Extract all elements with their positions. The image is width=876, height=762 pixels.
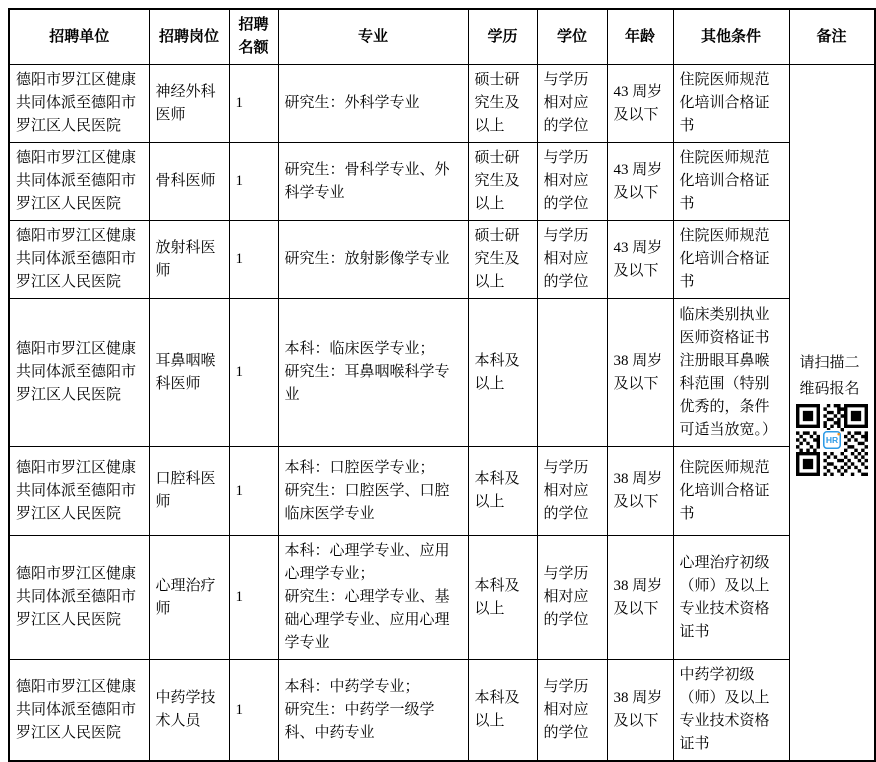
table-row: 德阳市罗江区健康共同体派至德阳市罗江区人民医院 心理治疗师 1 本科：心理学专业… (9, 536, 875, 660)
quota-cell: 1 (229, 447, 278, 536)
unit-cell: 德阳市罗江区健康共同体派至德阳市罗江区人民医院 (9, 65, 149, 143)
major-cell: 研究生：外科学专业 (278, 65, 468, 143)
qr-hr-logo: HR (825, 434, 838, 444)
header-quota: 招聘名额 (229, 9, 278, 65)
age-cell: 38 周岁及以下 (607, 660, 673, 762)
education-cell: 本科及以上 (468, 299, 537, 447)
table-row: 德阳市罗江区健康共同体派至德阳市罗江区人民医院 口腔科医师 1 本科：口腔医学专… (9, 447, 875, 536)
age-cell: 38 周岁及以下 (607, 299, 673, 447)
recruitment-table: 招聘单位 招聘岗位 招聘名额 专业 学历 学位 年龄 其他条件 备注 德阳市罗江… (8, 8, 876, 762)
major-cell: 研究生：骨科学专业、外科学专业 (278, 143, 468, 221)
quota-cell: 1 (229, 65, 278, 143)
table-row: 德阳市罗江区健康共同体派至德阳市罗江区人民医院 耳鼻咽喉科医师 1 本科：临床医… (9, 299, 875, 447)
header-age: 年龄 (607, 9, 673, 65)
unit-cell: 德阳市罗江区健康共同体派至德阳市罗江区人民医院 (9, 143, 149, 221)
major-cell: 本科：中药学专业； 研究生：中药学一级学科、中药专业 (278, 660, 468, 762)
header-position: 招聘岗位 (149, 9, 229, 65)
quota-cell: 1 (229, 221, 278, 299)
qr-finder-center-bl (802, 458, 812, 468)
header-other: 其他条件 (673, 9, 789, 65)
position-cell: 耳鼻咽喉科医师 (149, 299, 229, 447)
unit-cell: 德阳市罗江区健康共同体派至德阳市罗江区人民医院 (9, 536, 149, 660)
degree-cell (537, 299, 607, 447)
education-cell: 本科及以上 (468, 536, 537, 660)
age-cell: 38 周岁及以下 (607, 447, 673, 536)
degree-cell: 与学历相对应的学位 (537, 221, 607, 299)
position-cell: 骨科医师 (149, 143, 229, 221)
remark-content: 请扫描二维码报名 HR (796, 350, 868, 476)
table-row: 德阳市罗江区健康共同体派至德阳市罗江区人民医院 骨科医师 1 研究生：骨科学专业… (9, 143, 875, 221)
position-cell: 心理治疗师 (149, 536, 229, 660)
position-cell: 神经外科医师 (149, 65, 229, 143)
other-cell: 住院医师规范化培训合格证书 (673, 65, 789, 143)
qr-accent-dot (837, 432, 840, 435)
education-cell: 硕士研究生及以上 (468, 143, 537, 221)
unit-cell: 德阳市罗江区健康共同体派至德阳市罗江区人民医院 (9, 447, 149, 536)
degree-cell: 与学历相对应的学位 (537, 536, 607, 660)
unit-cell: 德阳市罗江区健康共同体派至德阳市罗江区人民医院 (9, 299, 149, 447)
age-cell: 43 周岁及以下 (607, 143, 673, 221)
other-cell: 临床类别执业医师资格证书注册眼耳鼻喉科范围（特别优秀的，条件可适当放宽。） (673, 299, 789, 447)
age-cell: 38 周岁及以下 (607, 536, 673, 660)
header-major: 专业 (278, 9, 468, 65)
quota-cell: 1 (229, 299, 278, 447)
table-row: 德阳市罗江区健康共同体派至德阳市罗江区人民医院 神经外科医师 1 研究生：外科学… (9, 65, 875, 143)
major-cell: 本科：心理学专业、应用心理学专业； 研究生：心理学专业、基础心理学专业、应用心理… (278, 536, 468, 660)
degree-cell: 与学历相对应的学位 (537, 447, 607, 536)
qr-finder-center-tr (850, 410, 860, 420)
education-cell: 硕士研究生及以上 (468, 221, 537, 299)
header-remark: 备注 (789, 9, 875, 65)
degree-cell: 与学历相对应的学位 (537, 65, 607, 143)
position-cell: 放射科医师 (149, 221, 229, 299)
position-cell: 口腔科医师 (149, 447, 229, 536)
major-cell: 研究生：放射影像学专业 (278, 221, 468, 299)
position-cell: 中药学技术人员 (149, 660, 229, 762)
header-row: 招聘单位 招聘岗位 招聘名额 专业 学历 学位 年龄 其他条件 备注 (9, 9, 875, 65)
education-cell: 本科及以上 (468, 447, 537, 536)
age-cell: 43 周岁及以下 (607, 65, 673, 143)
unit-cell: 德阳市罗江区健康共同体派至德阳市罗江区人民医院 (9, 660, 149, 762)
major-cell: 本科：临床医学专业； 研究生：耳鼻咽喉科学专业 (278, 299, 468, 447)
qr-code-image: HR (796, 404, 868, 476)
header-unit: 招聘单位 (9, 9, 149, 65)
header-degree: 学位 (537, 9, 607, 65)
degree-cell: 与学历相对应的学位 (537, 143, 607, 221)
age-cell: 43 周岁及以下 (607, 221, 673, 299)
page: 招聘单位 招聘岗位 招聘名额 专业 学历 学位 年龄 其他条件 备注 德阳市罗江… (0, 0, 876, 754)
major-cell: 本科：口腔医学专业； 研究生：口腔医学、口腔临床医学专业 (278, 447, 468, 536)
quota-cell: 1 (229, 143, 278, 221)
header-education: 学历 (468, 9, 537, 65)
other-cell: 住院医师规范化培训合格证书 (673, 447, 789, 536)
quota-cell: 1 (229, 660, 278, 762)
qr-finder-center-tl (802, 410, 812, 420)
remark-cell: 请扫描二维码报名 HR (789, 65, 875, 762)
education-cell: 硕士研究生及以上 (468, 65, 537, 143)
remark-text: 请扫描二维码报名 (800, 350, 864, 402)
quota-cell: 1 (229, 536, 278, 660)
other-cell: 心理治疗初级（师）及以上专业技术资格证书 (673, 536, 789, 660)
other-cell: 中药学初级（师）及以上专业技术资格证书 (673, 660, 789, 762)
table-row: 德阳市罗江区健康共同体派至德阳市罗江区人民医院 中药学技术人员 1 本科：中药学… (9, 660, 875, 762)
other-cell: 住院医师规范化培训合格证书 (673, 143, 789, 221)
other-cell: 住院医师规范化培训合格证书 (673, 221, 789, 299)
education-cell: 本科及以上 (468, 660, 537, 762)
table-row: 德阳市罗江区健康共同体派至德阳市罗江区人民医院 放射科医师 1 研究生：放射影像… (9, 221, 875, 299)
degree-cell: 与学历相对应的学位 (537, 660, 607, 762)
unit-cell: 德阳市罗江区健康共同体派至德阳市罗江区人民医院 (9, 221, 149, 299)
